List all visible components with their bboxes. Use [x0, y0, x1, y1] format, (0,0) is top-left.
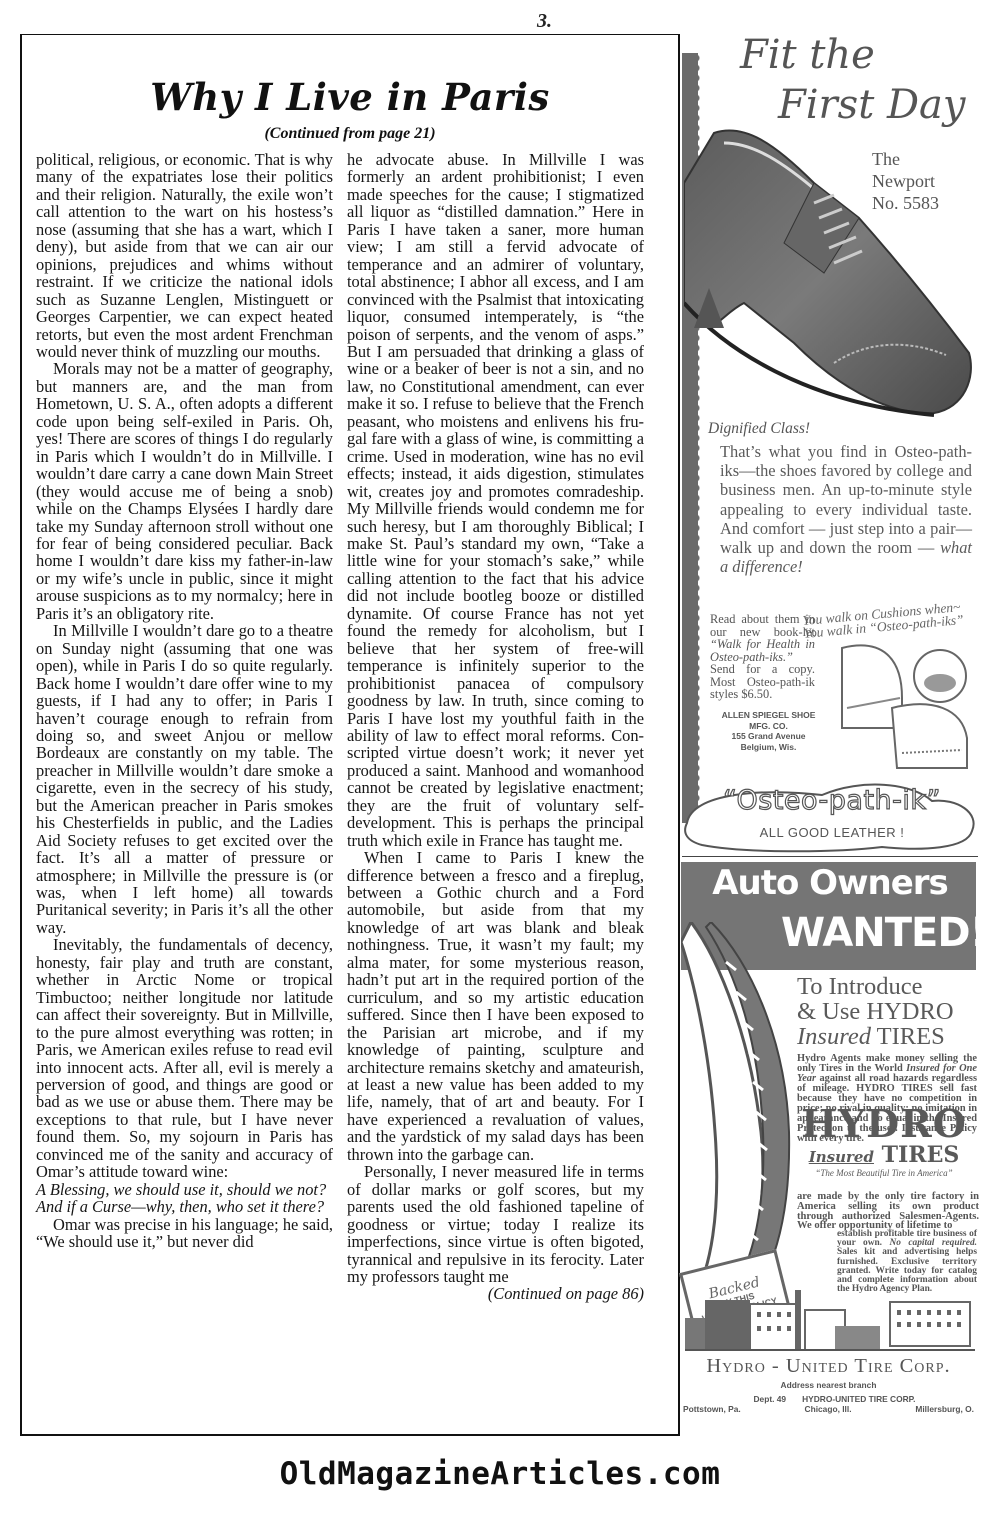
- corp-name: Hydro - United Tire Corp.: [681, 1355, 976, 1378]
- company-name: ALLEN SPIEGEL SHOE: [706, 710, 831, 721]
- logo-motto: “The Most Beautiful Tire in America”: [799, 1168, 969, 1178]
- logo-wordmark: HYDRO: [799, 1104, 969, 1144]
- booklet-text: Read about them in our new book-let: [710, 612, 815, 639]
- shoe-advertisement: Fit the First Day The Newport No. 5583 D…: [682, 28, 992, 848]
- hydro-logo: HYDRO Insured TIRES “The Most Beautiful …: [799, 1104, 969, 1178]
- continued-on-link[interactable]: (Continued on page 86): [471, 1285, 644, 1302]
- dept-number: Dept. 49: [754, 1394, 787, 1404]
- branch-row: Pottstown, Pa. Chicago, Ill. Millersburg…: [681, 1404, 976, 1414]
- tire-advertisement: Auto Owners WANTED! To Introduce & Use H…: [681, 862, 979, 1434]
- banner-line-1: Auto Owners: [685, 860, 975, 906]
- branch-city: Millersburg, O.: [915, 1404, 974, 1414]
- logo-subline: Insured TIRES: [799, 1144, 969, 1168]
- model-line: The: [872, 148, 939, 170]
- paragraph: he advocate abuse. In Millville I was fo…: [347, 151, 644, 849]
- article-subtitle: (Continued from page 21): [22, 125, 678, 143]
- logo-tires: TIRES: [882, 1142, 960, 1168]
- corp-name-upper: HYDRO-UNITED TIRE CORP.: [802, 1394, 915, 1404]
- shoe-company-address: ALLEN SPIEGEL SHOE MFG. CO. 155 Grand Av…: [706, 710, 831, 752]
- paragraph: In Millville I wouldn’t dare go to a the…: [36, 622, 333, 936]
- paragraph: When I came to Paris I knew the differen…: [347, 849, 644, 1163]
- ad-body-text: That’s what you find in Osteo-path-iks—t…: [720, 442, 972, 576]
- model-number: No. 5583: [872, 192, 939, 214]
- ad-divider: [682, 856, 978, 857]
- headline-line-1: Fit the: [740, 32, 875, 78]
- factory-paragraph: are made by the only tire factory in Ame…: [797, 1192, 979, 1231]
- model-line: Newport: [872, 170, 939, 192]
- intro-insured: Insured: [797, 1023, 871, 1050]
- p-text: Sales kit and advertising helps furnishe…: [837, 1247, 977, 1294]
- intro-line: To Introduce: [797, 974, 977, 999]
- intro-line: & Use HYDRO: [797, 999, 977, 1024]
- banner-line-2: WANTED!: [781, 908, 976, 958]
- article-column-right: he advocate abuse. In Millville I was fo…: [347, 151, 644, 1303]
- address-note: Address nearest branch: [681, 1380, 976, 1390]
- paragraph: Inevitably, the fundamentals of de­cency…: [36, 936, 333, 1180]
- company-street: 155 Grand Avenue: [706, 731, 831, 742]
- shoe-model: The Newport No. 5583: [872, 148, 939, 214]
- opportunity-paragraph: establish profitable tire business of yo…: [837, 1230, 977, 1294]
- company-city: Belgium, Wis.: [706, 742, 831, 753]
- cushion-slogan: You walk on Cushions when~ You walk in “…: [802, 600, 964, 640]
- company-name: MFG. CO.: [706, 721, 831, 732]
- verse-line: And if a Curse—why, then, who set it the…: [36, 1198, 333, 1215]
- paragraph: Morals may not be a matter of geography,…: [36, 360, 333, 622]
- verse-line: A Blessing, we should use it, should we …: [36, 1181, 333, 1198]
- article-column-left: political, religious, or economic. That …: [36, 151, 333, 1251]
- article-frame: Why I Live in Paris (Continued from page…: [20, 34, 680, 1436]
- brand-subtitle: ALL GOOD LEATHER !: [742, 825, 922, 840]
- ad-intro: To Introduce & Use HYDRO Insured TIRES: [797, 974, 977, 1049]
- paragraph: Omar was precise in his language; he sai…: [36, 1216, 333, 1251]
- page-number: 3.: [537, 10, 552, 33]
- intro-tires: TIRES: [871, 1023, 945, 1050]
- paragraph: political, religious, or economic. That …: [36, 151, 333, 360]
- factory-illustration-icon: [685, 1290, 975, 1352]
- brand-name: “Osteo-path-ik”: [712, 785, 952, 816]
- cushion-diagram-icon: [822, 638, 972, 788]
- logo-insured: Insured: [809, 1148, 874, 1166]
- ad-tagline: Dignified Class!: [708, 420, 810, 438]
- ad-headline: Fit the First Day: [740, 30, 966, 130]
- booklet-title: “Walk for Health in Osteo-path-iks.”: [710, 637, 815, 664]
- article-title: Why I Live in Paris: [22, 75, 678, 119]
- dept-row: Dept. 49 HYDRO-UNITED TIRE CORP.: [681, 1394, 976, 1404]
- site-watermark: OldMagazineArticles.com: [0, 1456, 1000, 1492]
- paragraph: Personally, I never measured life in ter…: [347, 1163, 644, 1285]
- paragraph-text: Personally, I never measured life in ter…: [347, 1162, 644, 1286]
- booklet-offer: Read about them in our new book-let “Wal…: [710, 613, 815, 701]
- branch-city: Pottstown, Pa.: [683, 1404, 741, 1414]
- branch-city: Chicago, Ill.: [805, 1404, 852, 1414]
- branch-addresses: Dept. 49 HYDRO-UNITED TIRE CORP. Pottsto…: [681, 1394, 976, 1414]
- intro-line: Insured TIRES: [797, 1024, 977, 1049]
- body-text: That’s what you find in Osteo-path-iks—t…: [720, 442, 972, 557]
- booklet-text: Send for a copy. Most Osteo-path-ik styl…: [710, 662, 815, 701]
